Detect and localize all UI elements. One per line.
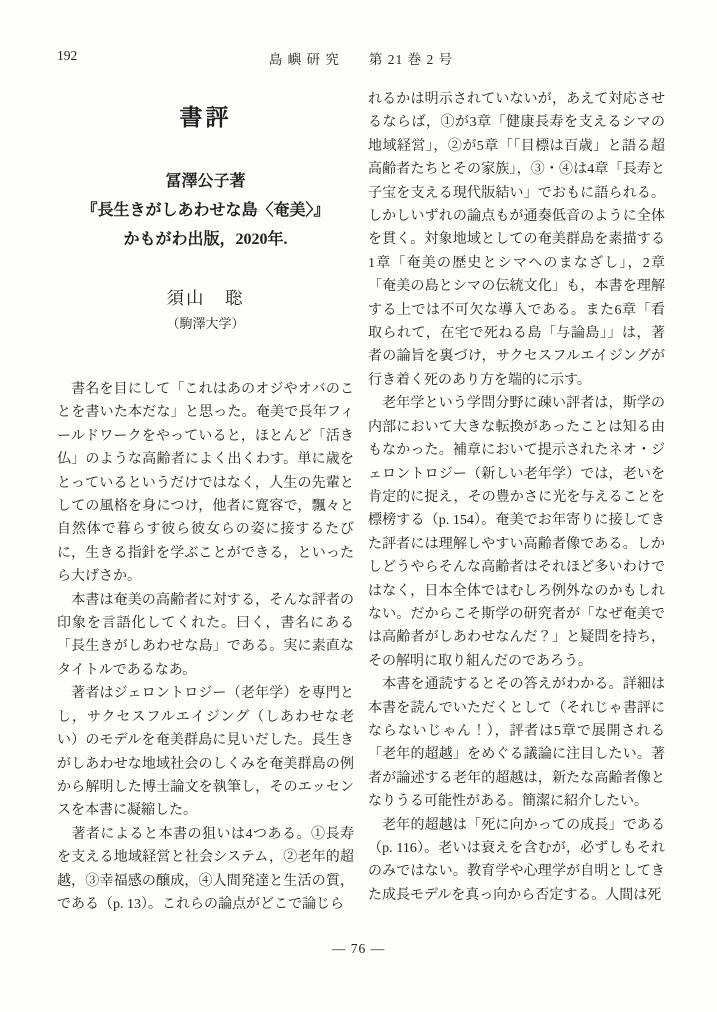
right-column: れるかは明示されていないが，あえて対応させるならば，①が3章「健康長寿を支えるシ… <box>368 88 665 932</box>
right-column-text: れるかは明示されていないが，あえて対応させるならば，①が3章「健康長寿を支えるシ… <box>368 88 665 907</box>
paragraph: 著者はジェロントロジー（老年学）を専門とし，サクセスフルエイジング（しあわせな老… <box>57 682 354 822</box>
reviewer-name: 須山 聡 <box>57 287 354 309</box>
journal-title: 島 嶼 研 究 第 21 巻 2 号 <box>57 48 665 68</box>
journal-page: 192 島 嶼 研 究 第 21 巻 2 号 書評 冨澤公子著 『長生きがしあわ… <box>0 0 717 1012</box>
book-publisher-line: かもがわ出版，2020年. <box>57 225 354 254</box>
paragraph: 本書は奄美の高齢者に対する，そんな評者の印象を言語化してくれた。曰く，書名にある… <box>57 589 354 683</box>
footer-page-number: — 76 — <box>332 941 385 956</box>
two-column-layout: 書評 冨澤公子著 『長生きがしあわせな島〈奄美〉』 かもがわ出版，2020年. … <box>57 88 665 932</box>
page-footer: — 76 — <box>0 941 717 957</box>
reviewer-block: 須山 聡 （駒澤大学） <box>57 287 354 333</box>
left-column: 書評 冨澤公子著 『長生きがしあわせな島〈奄美〉』 かもがわ出版，2020年. … <box>57 88 354 932</box>
paragraph: 老年的超越は「死に向かっての成長」である（p. 116）。老いは衰えを含むが，必… <box>368 814 665 908</box>
book-citation: 冨澤公子著 『長生きがしあわせな島〈奄美〉』 かもがわ出版，2020年. <box>57 167 354 254</box>
paragraph: 書名を目にして「これはあのオジやオバのことを書いた本だな」と思った。奄美で長年フ… <box>57 378 354 589</box>
paragraph: れるかは明示されていないが，あえて対応させるならば，①が3章「健康長寿を支えるシ… <box>368 88 665 392</box>
book-author-line: 冨澤公子著 <box>57 167 354 196</box>
paragraph: 著者によると本書の狙いは4つある。①長寿を支える地域経営と社会システム，②老年的… <box>57 823 354 917</box>
paragraph: 本書を通読するとその答えがわかる。詳細は本書を読んでいただくとして（それじゃ書評… <box>368 673 665 813</box>
section-title: 書評 <box>57 102 354 134</box>
book-title-line: 『長生きがしあわせな島〈奄美〉』 <box>57 196 354 225</box>
paragraph: 老年学という学問分野に疎い評者は，斯学の内部において大きな転換があったことは知る… <box>368 392 665 673</box>
reviewer-affiliation: （駒澤大学） <box>57 315 354 333</box>
left-column-text: 書名を目にして「これはあのオジやオバのことを書いた本だな」と思った。奄美で長年フ… <box>57 378 354 916</box>
running-head: 192 島 嶼 研 究 第 21 巻 2 号 <box>57 48 665 66</box>
